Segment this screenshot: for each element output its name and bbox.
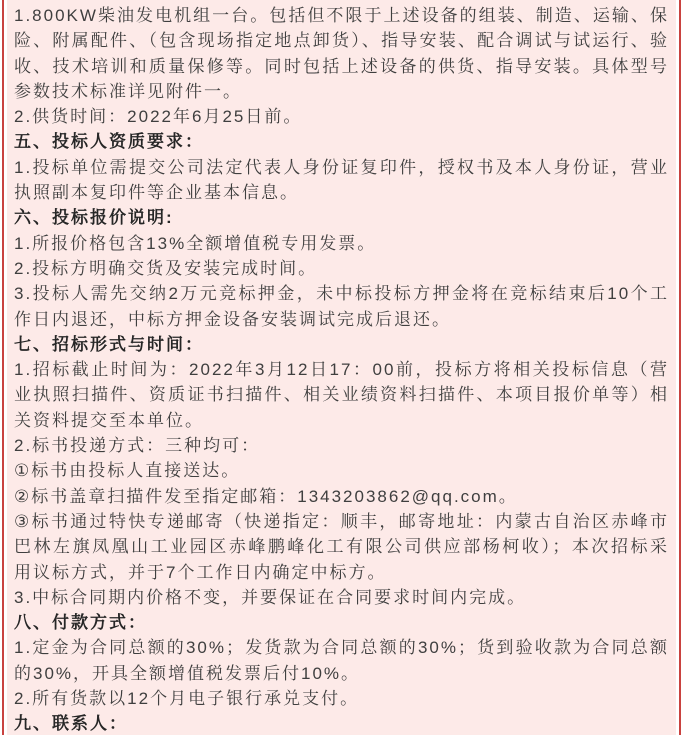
body-paragraph: 2.所有货款以12个月电子银行承兑支付。 (14, 686, 669, 711)
body-paragraph: ②标书盖章扫描件发至指定邮箱：1343203862@qq.com。 (14, 484, 669, 509)
body-paragraph: 1.所报价格包含13%全额增值税专用发票。 (14, 231, 669, 256)
section-heading: 七、招标形式与时间： (14, 332, 669, 357)
body-paragraph: 1.800KW柴油发电机组一台。包括但不限于上述设备的组装、制造、运输、保险、附… (14, 3, 669, 104)
body-paragraph: 3.中标合同期内价格不变，并要保证在合同要求时间内完成。 (14, 585, 669, 610)
section-heading: 八、付款方式： (14, 610, 669, 635)
body-paragraph: ①标书由投标人直接送达。 (14, 458, 669, 483)
body-paragraph: 1.投标单位需提交公司法定代表人身份证复印件，授权书及本人身份证，营业执照副本复… (14, 155, 669, 206)
document-page: 1.800KW柴油发电机组一台。包括但不限于上述设备的组装、制造、运输、保险、附… (0, 0, 683, 735)
body-paragraph: 2.标书投递方式：三种均可： (14, 433, 669, 458)
body-paragraph: 1.定金为合同总额的30%；发货款为合同总额的30%；货到验收款为合同总额的30… (14, 635, 669, 686)
body-paragraph: 2.供货时间：2022年6月25日前。 (14, 104, 669, 129)
section-heading: 六、投标报价说明: (14, 205, 669, 230)
quoted-text-block: 1.800KW柴油发电机组一台。包括但不限于上述设备的组装、制造、运输、保险、附… (2, 0, 681, 735)
body-paragraph: ③标书通过特快专递邮寄（快递指定：顺丰，邮寄地址：内蒙古自治区赤峰市巴林左旗凤凰… (14, 509, 669, 585)
section-heading: 九、联系人： (14, 711, 669, 735)
document-content: 1.800KW柴油发电机组一台。包括但不限于上述设备的组装、制造、运输、保险、附… (7, 0, 676, 735)
section-heading: 五、投标人资质要求： (14, 129, 669, 154)
body-paragraph: 1.招标截止时间为：2022年3月12日17：00前，投标方将相关投标信息（营业… (14, 357, 669, 433)
body-paragraph: 3.投标人需先交纳2万元竞标押金，未中标投标方押金将在竞标结束后10个工作日内退… (14, 281, 669, 332)
body-paragraph: 2.投标方明确交货及安装完成时间。 (14, 256, 669, 281)
